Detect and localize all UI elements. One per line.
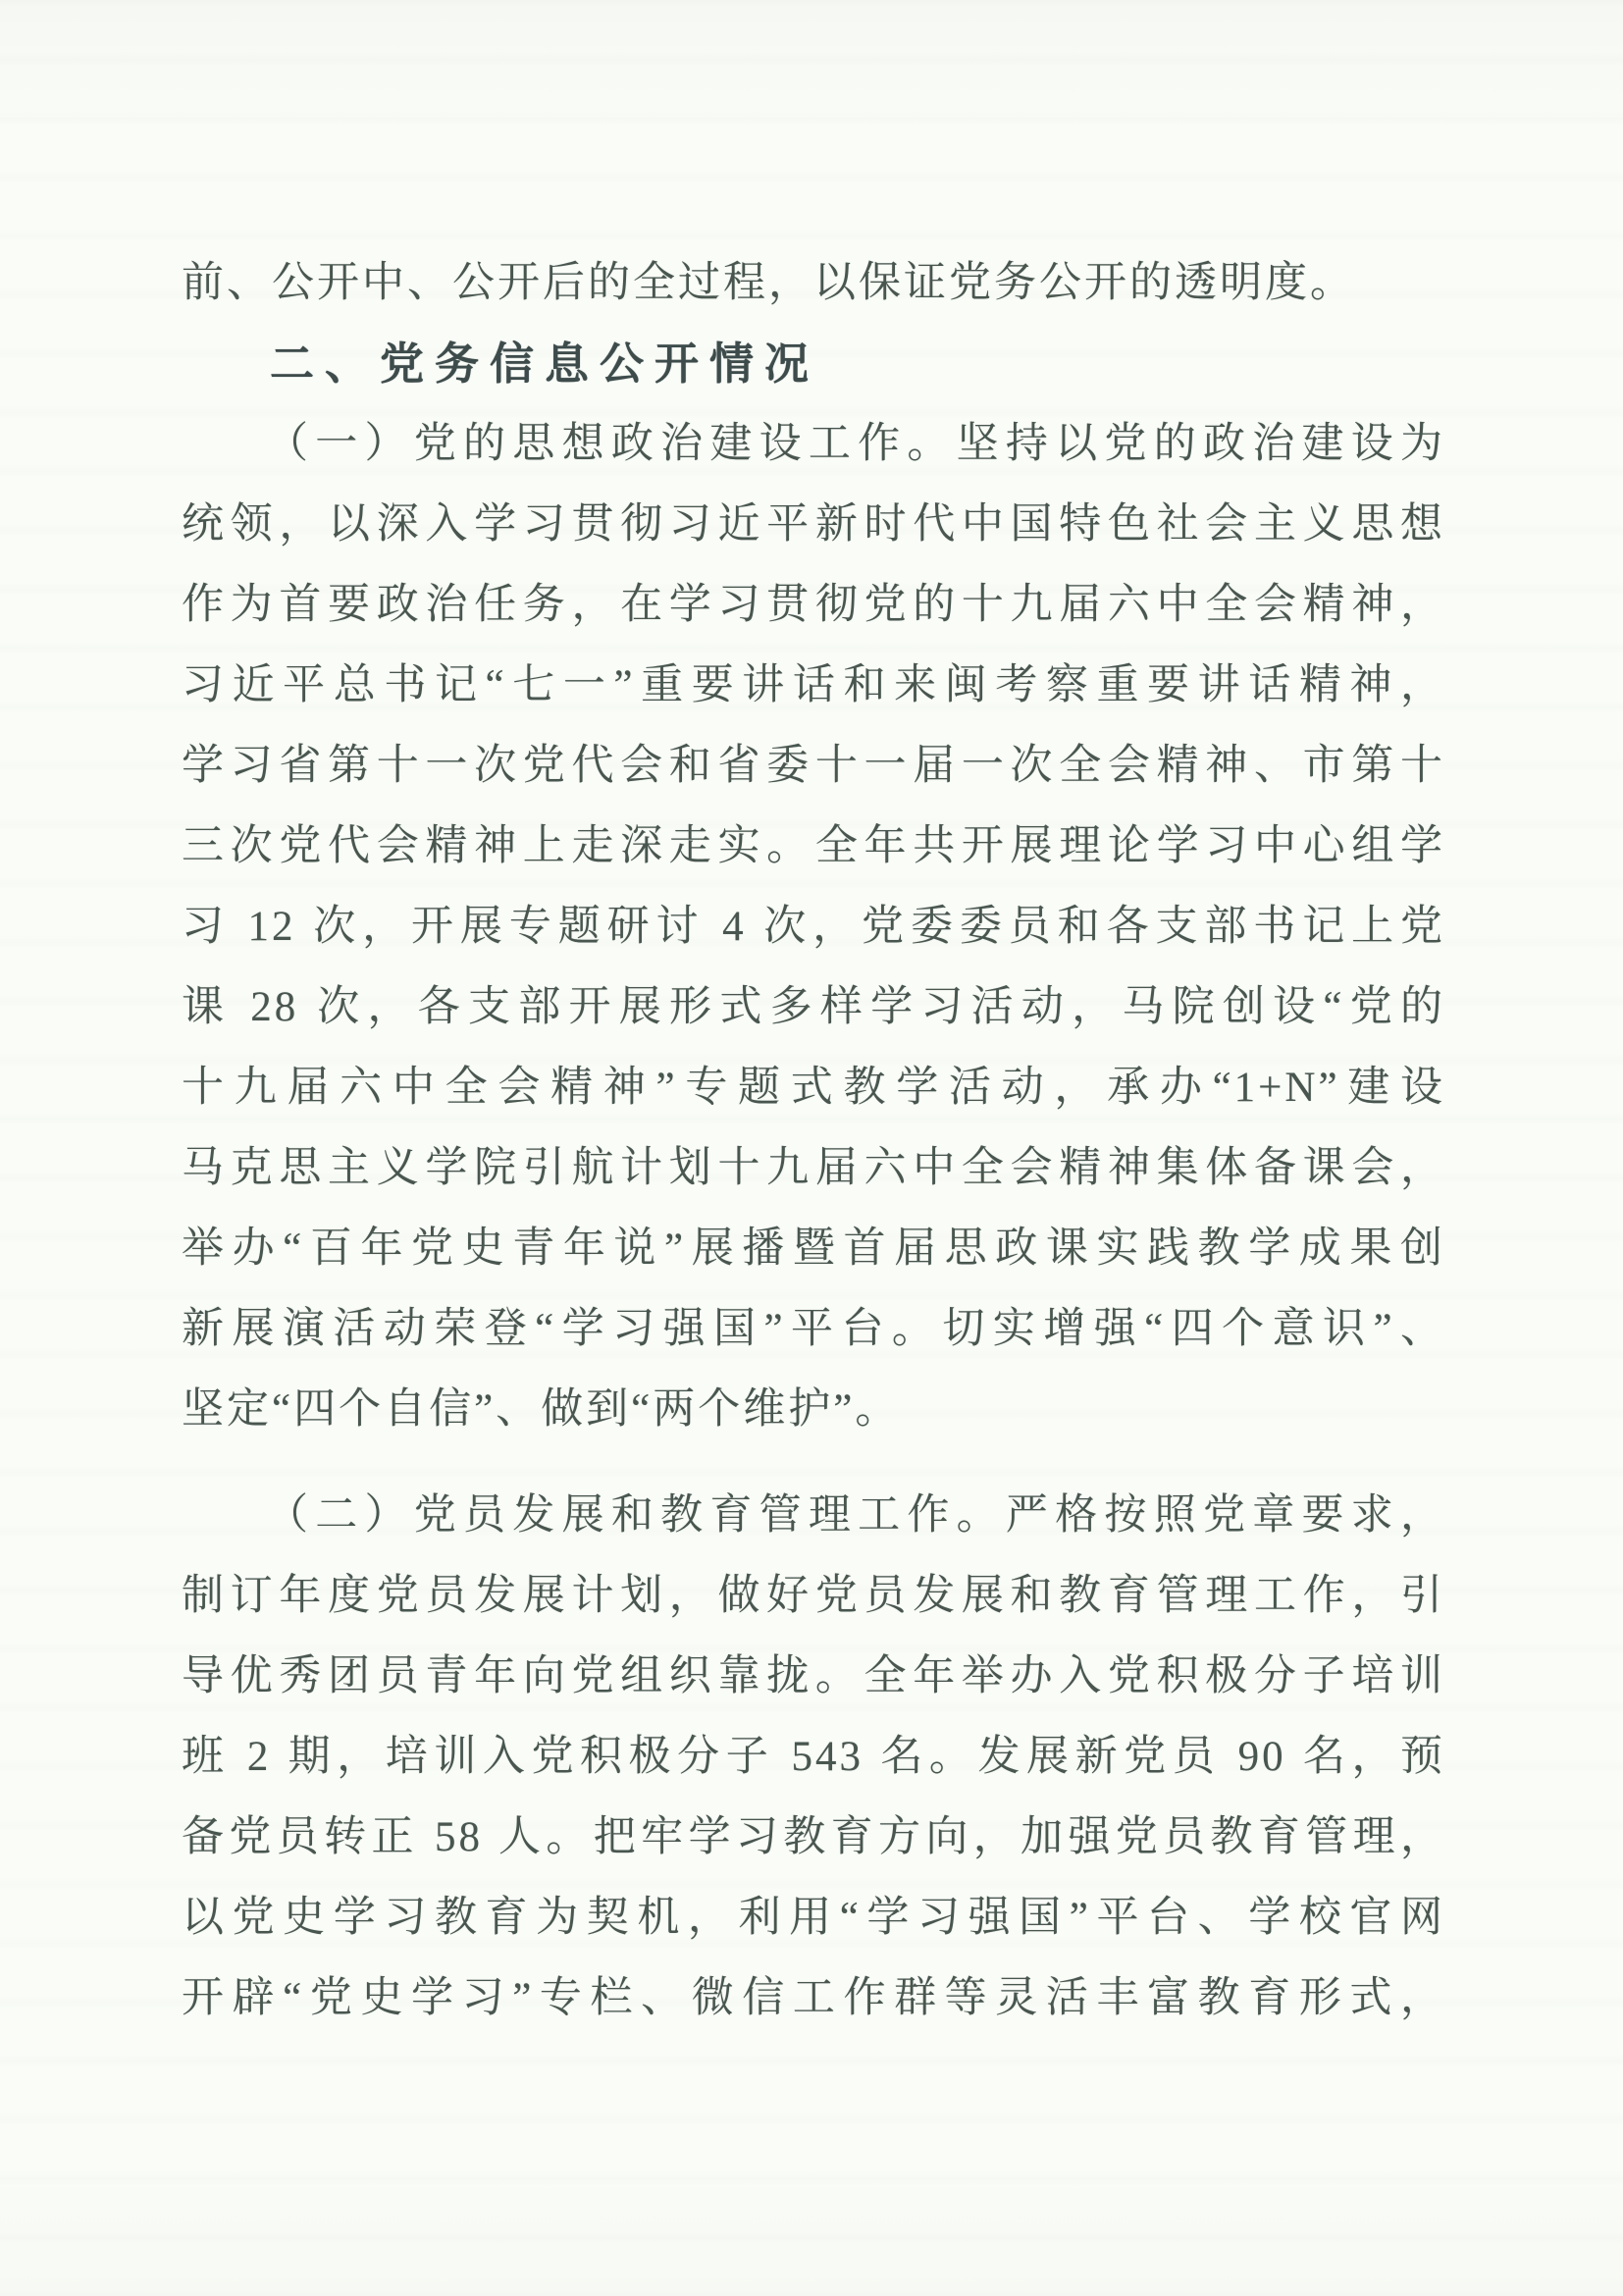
text-line: 坚定“四个自信”、做到“两个维护”。 (182, 1370, 1445, 1450)
text-line: 习近平总书记“七一”重要讲话和来闽考察重要讲话精神， (182, 646, 1445, 726)
text-line: 统领，以深入学习贯彻习近平新时代中国特色社会主义思想 (182, 485, 1445, 565)
text-line: （一）党的思想政治建设工作。坚持以党的政治建设为 (182, 404, 1445, 485)
text-line: 制订年度党员发展计划，做好党员发展和教育管理工作，引 (182, 1556, 1445, 1637)
text-line: 举办“百年党史青年说”展播暨首届思政课实践教学成果创 (182, 1209, 1445, 1289)
text-line: 以党史学习教育为契机，利用“学习强国”平台、学校官网 (182, 1878, 1445, 1958)
text-line: 备党员转正 58 人。把牢学习教育方向，加强党员教育管理， (182, 1798, 1445, 1878)
section-heading: 二、党务信息公开情况 (182, 324, 1445, 404)
text-line: 新展演活动荣登“学习强国”平台。切实增强“四个意识”、 (182, 1289, 1445, 1370)
text-line: 课 28 次，各支部开展形式多样学习活动，马院创设“党的 (182, 967, 1445, 1048)
text-line: 习 12 次，开展专题研讨 4 次，党委委员和各支部书记上党 (182, 887, 1445, 967)
text-line: （二）党员发展和教育管理工作。严格按照党章要求， (182, 1476, 1445, 1556)
page-content: 前、公开中、公开后的全过程，以保证党务公开的透明度。二、党务信息公开情况（一）党… (182, 243, 1445, 2039)
text-line: 班 2 期，培训入党积极分子 543 名。发展新党员 90 名，预 (182, 1717, 1445, 1798)
document-page: 前、公开中、公开后的全过程，以保证党务公开的透明度。二、党务信息公开情况（一）党… (0, 0, 1623, 2296)
text-line: 作为首要政治任务，在学习贯彻党的十九届六中全会精神， (182, 565, 1445, 646)
text-line: 马克思主义学院引航计划十九届六中全会精神集体备课会， (182, 1128, 1445, 1209)
text-line: 十九届六中全会精神”专题式教学活动，承办“1+N”建设 (182, 1048, 1445, 1128)
text-line: 学习省第十一次党代会和省委十一届一次全会精神、市第十 (182, 726, 1445, 807)
text-line: 开辟“党史学习”专栏、微信工作群等灵活丰富教育形式， (182, 1958, 1445, 2039)
text-line: 三次党代会精神上走深走实。全年共开展理论学习中心组学 (182, 807, 1445, 887)
text-line: 前、公开中、公开后的全过程，以保证党务公开的透明度。 (182, 243, 1445, 324)
text-line: 导优秀团员青年向党组织靠拢。全年举办入党积极分子培训 (182, 1637, 1445, 1717)
